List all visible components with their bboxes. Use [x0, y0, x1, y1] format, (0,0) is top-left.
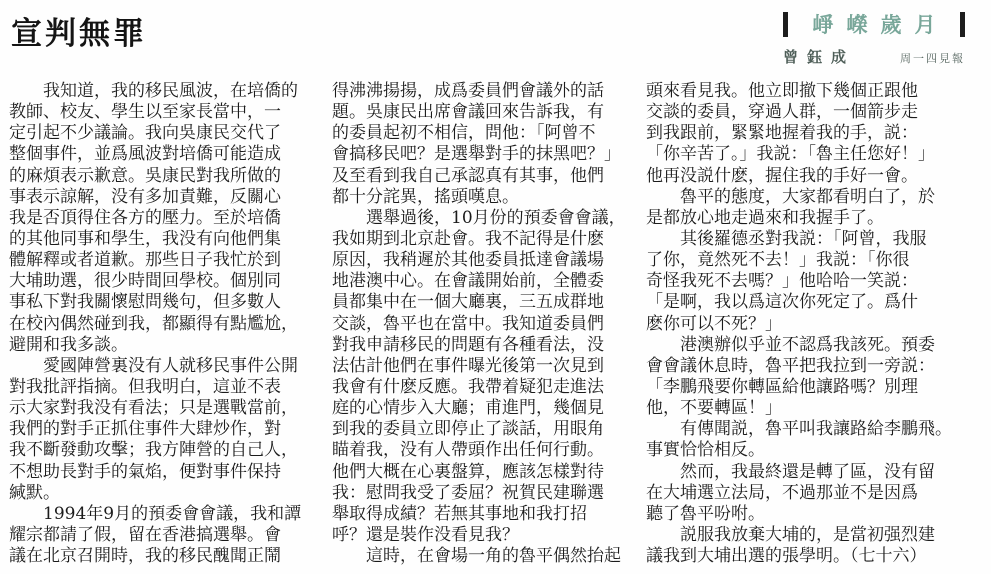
page-header: 宣判無罪 崢嶸歲月 曾鈺成 周一四見報: [0, 0, 991, 78]
text-line: 都十分詫異，搖頭嘆息。: [332, 187, 635, 208]
text-line: 説服我放棄大埔的，是當初强烈建: [646, 525, 982, 546]
text-line: 的委員起初不相信，問他：「阿曾不: [332, 123, 635, 144]
text-line: 庭的心情步入大廳；甫進門，幾個見: [332, 398, 635, 419]
text-line: 我不斷發動攻擊；我方陣營的自己人，: [9, 440, 321, 461]
article-body: 我知道，我的移民風波，在培僑的教師、校友、學生以至家長當中，一定引起不少議論。我…: [0, 81, 991, 567]
publication-schedule: 周一四見報: [900, 50, 965, 66]
article-title: 宣判無罪: [11, 8, 147, 53]
text-line: 議我到大埔出選的張學明。（七十六）: [646, 546, 982, 567]
text-line: 對我申請移民的問題有各種看法，没: [332, 335, 635, 356]
text-line: 題。吳康民出席會議回來告訴我，有: [332, 102, 635, 123]
text-line: 「是啊，我以爲這次你死定了。爲什: [646, 292, 982, 313]
text-line: 不想助長對手的氣焰，便對事件保持: [9, 462, 321, 483]
text-line: 我：慰問我受了委屈？祝賀民建聯選: [332, 483, 635, 504]
text-line: 他們大概在心裏盤算，應該怎樣對待: [332, 462, 635, 483]
text-line: 愛國陣營裏没有人就移民事件公開: [9, 356, 321, 377]
text-line: 地港澳中心。在會議開始前，全體委: [332, 271, 635, 292]
text-line: 呼？還是裝作没看見我？: [332, 525, 635, 546]
text-line: 耀宗都請了假，留在香港搞選舉。會: [9, 525, 321, 546]
text-line: 魯平的態度，大家都看明白了，於: [646, 187, 982, 208]
text-line: 對我批評指摘。但我明白，這並不表: [9, 377, 321, 398]
text-line: 事表示諒解，没有多加責難，反關心: [9, 187, 321, 208]
text-column-1: 我知道，我的移民風波，在培僑的教師、校友、學生以至家長當中，一定引起不少議論。我…: [9, 81, 321, 567]
text-line: 在校內偶然碰到我，都顯得有點尷尬，: [9, 314, 321, 335]
text-line: 員都集中在一個大廳裏，三五成群地: [332, 292, 635, 313]
text-line: 事私下對我關懷慰問幾句，但多數人: [9, 292, 321, 313]
text-line: 我知道，我的移民風波，在培僑的: [9, 81, 321, 102]
text-line: 到我跟前，緊緊地握着我的手，説：: [646, 123, 982, 144]
text-line: 會搞移民吧？是選舉對手的抹黑吧？」: [332, 144, 635, 165]
text-line: 「你辛苦了。」我説：「魯主任您好！」: [646, 144, 982, 165]
text-line: 緘默。: [9, 483, 321, 504]
author-name: 曾鈺成: [783, 46, 855, 67]
text-line: 有傳聞説，魯平叫我讓路給李鵬飛。: [646, 419, 982, 440]
text-line: 瞄着我，没有人帶頭作出任何行動。: [332, 440, 635, 461]
text-line: 交談的委員，穿過人群，一個箭步走: [646, 102, 982, 123]
text-line: 議在北京召開時，我的移民醜聞正鬧: [9, 546, 321, 567]
text-line: 選舉過後，10月份的預委會會議，: [332, 208, 635, 229]
text-line: 定引起不少議論。我向吳康民交代了: [9, 123, 321, 144]
text-line: 「李鵬飛要你轉區給他讓路嗎？別理: [646, 377, 982, 398]
text-line: 港澳辦似乎並不認爲我該死。預委: [646, 335, 982, 356]
text-line: 奇怪我死不去嗎？」他哈哈一笑説：: [646, 271, 982, 292]
text-line: 會會議休息時，魯平把我拉到一旁説：: [646, 356, 982, 377]
text-line: 的其他同事和學生，我没有向他們集: [9, 229, 321, 250]
text-line: 我是否頂得住各方的壓力。至於培僑: [9, 208, 321, 229]
text-line: 麽你可以不死？」: [646, 314, 982, 335]
text-line: 我會有什麽反應。我帶着疑犯走進法: [332, 377, 635, 398]
text-line: 大埔助選，很少時間回學校。個別同: [9, 271, 321, 292]
text-line: 教師、校友、學生以至家長當中，一: [9, 102, 321, 123]
newspaper-page: 宣判無罪 崢嶸歲月 曾鈺成 周一四見報 我知道，我的移民風波，在培僑的教師、校友…: [0, 0, 991, 574]
text-line: 及至看到我自己承認真有其事，他們: [332, 166, 635, 187]
text-line: 在大埔選立法局，不過那並不是因爲: [646, 483, 982, 504]
text-line: 頭來看見我。他立即撤下幾個正跟他: [646, 81, 982, 102]
text-line: 他再没説什麽，握住我的手好一會。: [646, 166, 982, 187]
text-line: 體解釋或者道歉。那些日子我忙於到: [9, 250, 321, 271]
text-column-3: 頭來看見我。他立即撤下幾個正跟他交談的委員，穿過人群，一個箭步走到我跟前，緊緊地…: [646, 81, 982, 567]
text-line: 示大家對我没有看法；只是選戰當前，: [9, 398, 321, 419]
text-line: 他，不要轉區！」: [646, 398, 982, 419]
masthead-right-bar-decoration: [960, 12, 965, 37]
text-line: 整個事件，並爲風波對培僑可能造成: [9, 144, 321, 165]
text-line: 這時，在會場一角的魯平偶然抬起: [332, 546, 635, 567]
text-line: 避開和我多談。: [9, 335, 321, 356]
text-line: 舉取得成績？若無其事地和我打招: [332, 504, 635, 525]
text-line: 的麻煩表示歉意。吳康民對我所做的: [9, 166, 321, 187]
text-line: 然而，我最終還是轉了區，没有留: [646, 462, 982, 483]
masthead-left-bar-decoration: [783, 12, 788, 37]
text-line: 了你，竟然死不去！」我説：「你很: [646, 250, 982, 271]
masthead-title-row: 崢嶸歲月: [783, 9, 965, 39]
text-line: 得沸沸揚揚，成爲委員們會議外的話: [332, 81, 635, 102]
text-line: 是都放心地走過來和我握手了。: [646, 208, 982, 229]
text-line: 原因，我稍遲於其他委員抵達會議場: [332, 250, 635, 271]
column-masthead: 崢嶸歲月 曾鈺成 周一四見報: [783, 9, 965, 67]
text-line: 聽了魯平吩咐。: [646, 504, 982, 525]
column-name: 崢嶸歲月: [813, 9, 949, 39]
text-line: 1994年9月的預委會會議，我和譚: [9, 504, 321, 525]
text-line: 法估計他們在事件曝光後第一次見到: [332, 356, 635, 377]
text-line: 其後羅德丞對我説：「阿曾，我服: [646, 229, 982, 250]
text-line: 交談，魯平也在當中。我知道委員們: [332, 314, 635, 335]
masthead-byline-row: 曾鈺成 周一四見報: [783, 46, 965, 67]
text-line: 我如期到北京赴會。我不記得是什麽: [332, 229, 635, 250]
text-line: 到我的委員立即停止了談話，用眼角: [332, 419, 635, 440]
text-line: 事實恰恰相反。: [646, 440, 982, 461]
text-column-2: 得沸沸揚揚，成爲委員們會議外的話題。吳康民出席會議回來告訴我，有的委員起初不相信…: [332, 81, 635, 567]
text-line: 我們的對手正抓住事件大肆炒作，對: [9, 419, 321, 440]
